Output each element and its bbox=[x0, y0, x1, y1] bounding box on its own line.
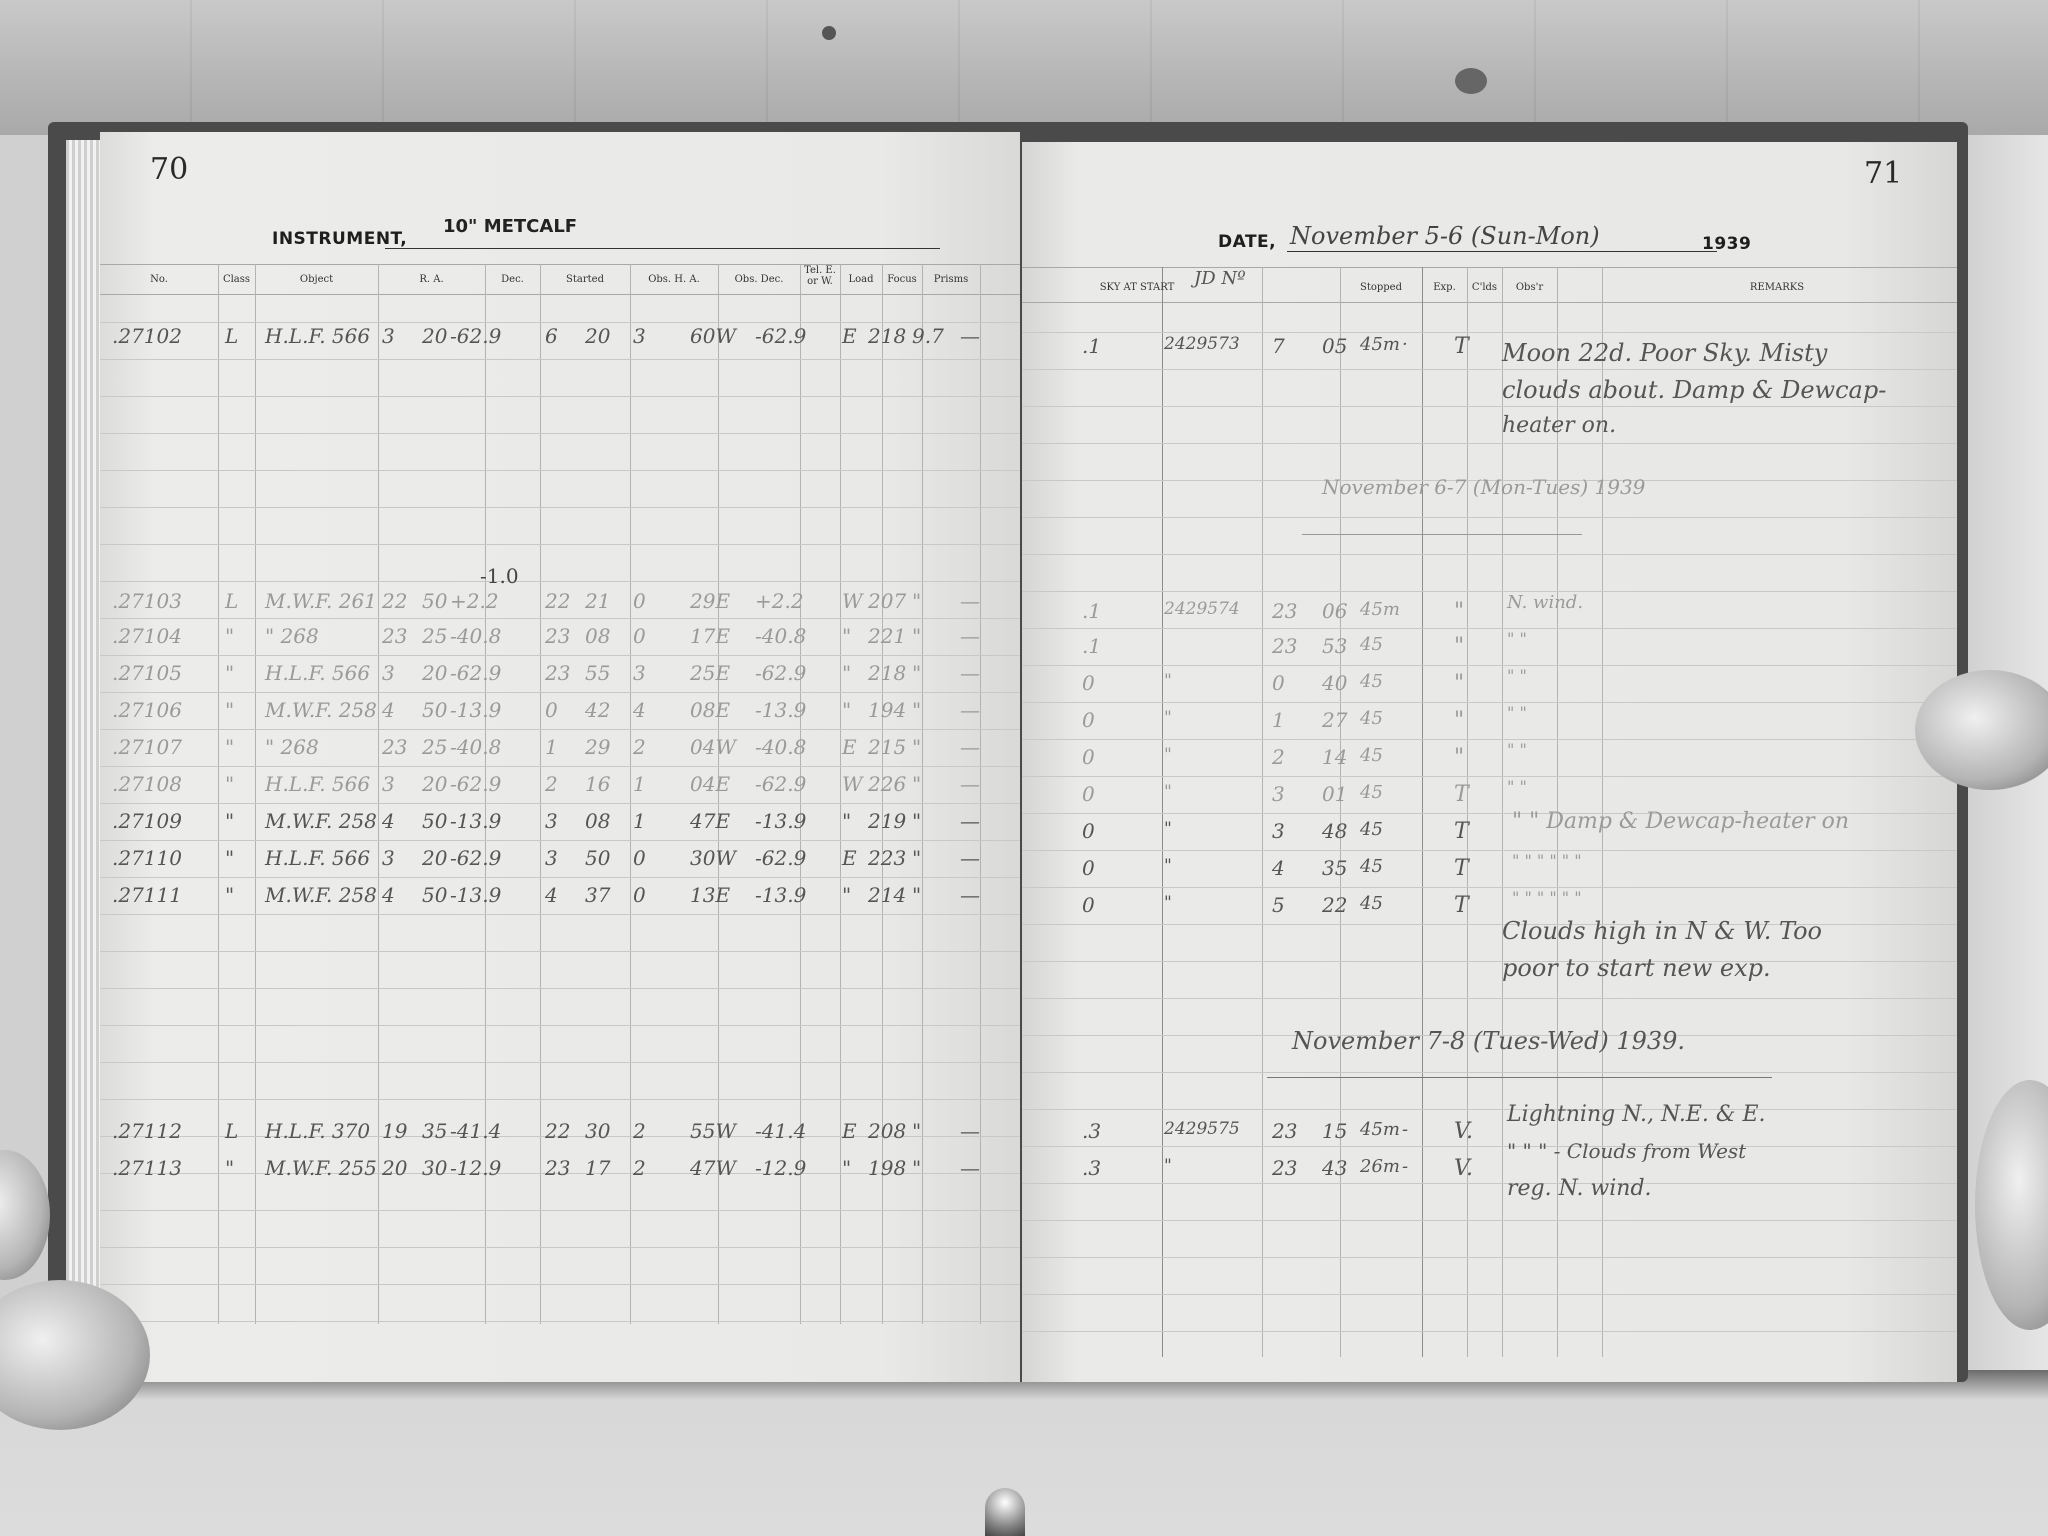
cell-stop-m: 22 bbox=[1322, 893, 1347, 917]
cell-obsr: T bbox=[1454, 819, 1469, 844]
cell-stop-h: 7 bbox=[1272, 334, 1285, 358]
cell-class: " bbox=[225, 661, 234, 685]
cell-obs-dec: -13.9 bbox=[755, 809, 806, 833]
cell-start-h: 0 bbox=[545, 698, 558, 722]
cell-load: 198 bbox=[868, 1156, 906, 1180]
cell-sky: .1 bbox=[1082, 599, 1101, 623]
table-row: .27102LH.L.F. 566320-62.9620360W-62.9E21… bbox=[100, 324, 1020, 358]
table-row: .27110"H.L.F. 566320-62.9350030W-62.9E22… bbox=[100, 846, 1020, 880]
remark-r7: " " bbox=[1507, 777, 1527, 796]
cell-prisms: — bbox=[960, 735, 980, 759]
cell-obsr: T bbox=[1454, 856, 1469, 881]
cell-clds: - bbox=[1402, 1119, 1408, 1140]
cell-exp: 45m bbox=[1360, 599, 1400, 620]
remark-r1-line2: clouds about. Damp & Dewcap- bbox=[1502, 376, 1886, 404]
cell-class: " bbox=[225, 883, 234, 907]
cell-stop-h: 3 bbox=[1272, 782, 1285, 806]
cell-start-m: 20 bbox=[585, 324, 610, 348]
cell-stop-h: 23 bbox=[1272, 1156, 1297, 1180]
cell-tel: W bbox=[842, 772, 863, 796]
cell-exp: 45 bbox=[1360, 856, 1383, 877]
cell-load: 221 bbox=[868, 624, 906, 648]
cell-ra-m: 50 bbox=[422, 698, 447, 722]
cell-prisms: — bbox=[960, 772, 980, 796]
ruled-line bbox=[100, 1321, 1020, 1322]
ruled-line bbox=[1022, 369, 1957, 370]
cell-obsr: T bbox=[1454, 782, 1469, 807]
table-row: .27103LM.W.F. 2612250+2.22221029E+2.2W20… bbox=[100, 589, 1020, 623]
cell-prisms: — bbox=[960, 324, 980, 348]
cell-exp: 45 bbox=[1360, 634, 1383, 655]
cell-obsr: " bbox=[1454, 708, 1464, 733]
cell-exp: 45 bbox=[1360, 671, 1383, 692]
cell-tel: " bbox=[842, 698, 851, 722]
cell-ra-m: 35 bbox=[422, 1119, 447, 1143]
column-header: Tel. E. or W. bbox=[800, 265, 840, 287]
cell-stop-h: 4 bbox=[1272, 856, 1285, 880]
cell-tel: E bbox=[842, 846, 857, 870]
instrument-value: 10" METCALF bbox=[443, 216, 577, 237]
cell-start-m: 37 bbox=[585, 883, 610, 907]
cell-stop-m: 35 bbox=[1322, 856, 1347, 880]
cell-exp: 45 bbox=[1360, 782, 1383, 803]
cell-sky: .1 bbox=[1082, 334, 1101, 358]
cell-no: .27110 bbox=[112, 846, 182, 870]
cell-sky: 0 bbox=[1082, 856, 1095, 880]
cell-start-h: 4 bbox=[545, 883, 558, 907]
ruled-line bbox=[100, 1284, 1020, 1285]
cell-stop-h: 5 bbox=[1272, 893, 1285, 917]
cell-ha-m: 47W bbox=[690, 1156, 736, 1180]
cell-class: " bbox=[225, 698, 234, 722]
cell-dec: -40.8 bbox=[450, 624, 501, 648]
cell-obs-dec: -40.8 bbox=[755, 624, 806, 648]
cell-ha-h: 0 bbox=[633, 883, 646, 907]
cell-class: L bbox=[225, 1119, 238, 1143]
cell-object: M.W.F. 255 bbox=[265, 1156, 377, 1180]
cell-ra-h: 3 bbox=[382, 324, 395, 348]
cell-start-h: 3 bbox=[545, 846, 558, 870]
cell-no: .27102 bbox=[112, 324, 182, 348]
cell-tel: E bbox=[842, 735, 857, 759]
cell-stop-m: 05 bbox=[1322, 334, 1347, 358]
cell-dec: -41.4 bbox=[450, 1119, 501, 1143]
cell-no: .27112 bbox=[112, 1119, 182, 1143]
cell-ha-h: 0 bbox=[633, 846, 646, 870]
cell-ra-h: 4 bbox=[382, 883, 395, 907]
cell-prisms: — bbox=[960, 1119, 980, 1143]
instrument-label: INSTRUMENT, bbox=[272, 229, 407, 249]
cell-jd: " bbox=[1164, 856, 1172, 876]
cell-ra-m: 25 bbox=[422, 624, 447, 648]
dec-correction: -1.0 bbox=[480, 564, 519, 588]
cell-jd: 2429573 bbox=[1164, 334, 1240, 354]
cell-dec: -62.9 bbox=[450, 846, 501, 870]
cell-ha-m: 55W bbox=[690, 1119, 736, 1143]
column-header: Exp. bbox=[1422, 282, 1467, 293]
cell-ha-m: 60W bbox=[690, 324, 736, 348]
cell-ha-m: 04E bbox=[690, 772, 730, 796]
column-header: SKY AT START bbox=[1082, 282, 1192, 293]
cell-obs-dec: -12.9 bbox=[755, 1156, 806, 1180]
cell-start-m: 21 bbox=[585, 589, 610, 613]
cell-ha-h: 2 bbox=[633, 735, 646, 759]
cell-stop-m: 48 bbox=[1322, 819, 1347, 843]
wooden-shelf bbox=[0, 0, 2048, 135]
cell-focus: " bbox=[912, 809, 921, 833]
column-header: Obs. H. A. bbox=[630, 274, 718, 285]
wood-knot bbox=[1455, 68, 1487, 94]
cell-start-h: 23 bbox=[545, 661, 570, 685]
cell-no: .27111 bbox=[112, 883, 182, 907]
cell-obs-dec: -62.9 bbox=[755, 661, 806, 685]
cell-ha-h: 4 bbox=[633, 698, 646, 722]
date-label: DATE, bbox=[1218, 232, 1276, 252]
cell-object: M.W.F. 258 bbox=[265, 809, 377, 833]
table-row: .27105"H.L.F. 566320-62.92355325E-62.9"2… bbox=[100, 661, 1020, 695]
cell-tel: " bbox=[842, 661, 851, 685]
cell-obsr: " bbox=[1454, 599, 1464, 624]
remark-r3: " " bbox=[1507, 629, 1527, 648]
cell-no: .27105 bbox=[112, 661, 182, 685]
cell-stop-h: 3 bbox=[1272, 819, 1285, 843]
cell-ha-h: 3 bbox=[633, 324, 646, 348]
column-header: Stopped bbox=[1340, 282, 1422, 293]
ruled-line bbox=[1022, 961, 1957, 962]
cell-stop-m: 15 bbox=[1322, 1119, 1347, 1143]
cell-focus: " bbox=[912, 624, 921, 648]
column-header: Obs. Dec. bbox=[718, 274, 800, 285]
cell-exp: 45m bbox=[1360, 1119, 1400, 1140]
ruled-line bbox=[100, 322, 1020, 323]
cell-dec: -62.9 bbox=[450, 661, 501, 685]
cell-obs-dec: -62.9 bbox=[755, 772, 806, 796]
cell-ra-h: 19 bbox=[382, 1119, 407, 1143]
cell-sky: 0 bbox=[1082, 708, 1095, 732]
cell-jd: 2429575 bbox=[1164, 1119, 1240, 1139]
right-page: 71 DATE, November 5-6 (Sun-Mon) 1939 SKY… bbox=[1022, 142, 1957, 1382]
remark-section2-date: November 6-7 (Mon-Tues) 1939 bbox=[1322, 475, 1645, 499]
ruled-line bbox=[100, 581, 1020, 582]
cell-stop-m: 06 bbox=[1322, 599, 1347, 623]
cell-class: " bbox=[225, 809, 234, 833]
cell-jd: 2429574 bbox=[1164, 599, 1240, 619]
ruled-line bbox=[1022, 1072, 1957, 1073]
cell-start-m: 17 bbox=[585, 1156, 610, 1180]
table-row: .32429575231545m-V. bbox=[1022, 1119, 1957, 1153]
cell-focus: " bbox=[912, 1119, 921, 1143]
cell-stop-m: 27 bbox=[1322, 708, 1347, 732]
cell-tel: " bbox=[842, 1156, 851, 1180]
cell-prisms: — bbox=[960, 661, 980, 685]
table-row: .12429574230645m" bbox=[1022, 599, 1957, 633]
cell-stop-h: 23 bbox=[1272, 634, 1297, 658]
instrument-underline bbox=[385, 248, 940, 249]
cell-object: H.L.F. 370 bbox=[265, 1119, 370, 1143]
remark-section3-date: November 7-8 (Tues-Wed) 1939. bbox=[1292, 1027, 1685, 1055]
cell-no: .27109 bbox=[112, 809, 182, 833]
cell-tel: " bbox=[842, 624, 851, 648]
cell-start-h: 23 bbox=[545, 1156, 570, 1180]
remark-r12-line2: reg. N. wind. bbox=[1507, 1176, 1652, 1201]
knob bbox=[985, 1488, 1025, 1536]
cell-start-h: 23 bbox=[545, 624, 570, 648]
cell-start-h: 22 bbox=[545, 1119, 570, 1143]
cell-dec: -62.9 bbox=[450, 772, 501, 796]
table-row: 0"43545T bbox=[1022, 856, 1957, 890]
cell-no: .27113 bbox=[112, 1156, 182, 1180]
column-header: Class bbox=[218, 274, 255, 285]
remark-r12-line1: " " " - Clouds from West bbox=[1507, 1139, 1746, 1163]
cell-sky: 0 bbox=[1082, 819, 1095, 843]
cell-jd: " bbox=[1164, 782, 1172, 802]
cell-focus: " bbox=[912, 589, 921, 613]
cell-load: 219 bbox=[868, 809, 906, 833]
cell-start-h: 6 bbox=[545, 324, 558, 348]
cell-focus: " bbox=[912, 735, 921, 759]
cell-obsr: " bbox=[1454, 671, 1464, 696]
table-row: .27111"M.W.F. 258450-13.9437013E-13.9"21… bbox=[100, 883, 1020, 917]
column-header: Started bbox=[540, 274, 630, 285]
cell-stop-h: 0 bbox=[1272, 671, 1285, 695]
remark-r1-line3: heater on. bbox=[1502, 413, 1616, 438]
column-header: C'lds bbox=[1467, 282, 1502, 293]
cell-ra-m: 20 bbox=[422, 661, 447, 685]
cell-prisms: — bbox=[960, 589, 980, 613]
ruled-line bbox=[100, 1062, 1020, 1063]
cell-start-m: 29 bbox=[585, 735, 610, 759]
cell-obs-dec: -41.4 bbox=[755, 1119, 806, 1143]
cell-clds: - bbox=[1402, 1156, 1408, 1177]
ruled-line bbox=[1022, 332, 1957, 333]
cell-ha-m: 13E bbox=[690, 883, 730, 907]
cell-start-m: 08 bbox=[585, 624, 610, 648]
remark-r6: " " bbox=[1507, 740, 1527, 759]
ruled-line bbox=[100, 1247, 1020, 1248]
remark-note-line2: poor to start new exp. bbox=[1502, 954, 1771, 982]
remark-note-line1: Clouds high in N & W. Too bbox=[1502, 917, 1822, 945]
cell-ha-m: 08E bbox=[690, 698, 730, 722]
section-underline bbox=[1267, 1077, 1772, 1078]
cell-exp: 45 bbox=[1360, 708, 1383, 729]
cell-ra-h: 3 bbox=[382, 661, 395, 685]
remark-r1-line1: Moon 22d. Poor Sky. Misty bbox=[1502, 339, 1827, 367]
column-header: Load bbox=[840, 274, 882, 285]
cell-obs-dec: -13.9 bbox=[755, 698, 806, 722]
cell-ra-h: 4 bbox=[382, 698, 395, 722]
cell-tel: E bbox=[842, 1119, 857, 1143]
cell-no: .27108 bbox=[112, 772, 182, 796]
cell-start-h: 3 bbox=[545, 809, 558, 833]
cell-ha-h: 1 bbox=[633, 772, 646, 796]
cell-class: " bbox=[225, 772, 234, 796]
cell-start-m: 08 bbox=[585, 809, 610, 833]
cell-sky: .3 bbox=[1082, 1119, 1101, 1143]
cell-sky: 0 bbox=[1082, 782, 1095, 806]
cell-ha-m: 30W bbox=[690, 846, 736, 870]
ruled-line bbox=[1022, 554, 1957, 555]
cell-start-h: 2 bbox=[545, 772, 558, 796]
cell-prisms: — bbox=[960, 698, 980, 722]
ruled-line bbox=[100, 433, 1020, 434]
cell-start-h: 22 bbox=[545, 589, 570, 613]
cell-ra-h: 22 bbox=[382, 589, 407, 613]
cell-class: " bbox=[225, 735, 234, 759]
ruled-line bbox=[100, 396, 1020, 397]
cell-obs-dec: -40.8 bbox=[755, 735, 806, 759]
cell-exp: 26m bbox=[1360, 1156, 1400, 1177]
cell-start-m: 16 bbox=[585, 772, 610, 796]
ruled-line bbox=[100, 988, 1020, 989]
cell-obsr: " bbox=[1454, 745, 1464, 770]
cell-ra-m: 20 bbox=[422, 324, 447, 348]
cell-exp: 45 bbox=[1360, 819, 1383, 840]
table-row: .27104"" 2682325-40.82308017E-40.8"221"— bbox=[100, 624, 1020, 658]
cell-ha-h: 0 bbox=[633, 624, 646, 648]
cell-load: 194 bbox=[868, 698, 906, 722]
remark-r5: " " bbox=[1507, 703, 1527, 722]
cell-ha-m: 47E bbox=[690, 809, 730, 833]
cell-object: M.W.F. 258 bbox=[265, 883, 377, 907]
cell-load: 215 bbox=[868, 735, 906, 759]
cell-obsr: " bbox=[1454, 634, 1464, 659]
cell-jd: " bbox=[1164, 893, 1172, 913]
cell-no: .27103 bbox=[112, 589, 182, 613]
cell-ha-h: 3 bbox=[633, 661, 646, 685]
cell-jd: " bbox=[1164, 671, 1172, 691]
ruled-line bbox=[1022, 1109, 1957, 1110]
cell-ra-m: 50 bbox=[422, 883, 447, 907]
table-row: .27107"" 2682325-40.8129204W-40.8E215"— bbox=[100, 735, 1020, 769]
cell-start-m: 55 bbox=[585, 661, 610, 685]
table-row: .27112LH.L.F. 3701935-41.42230255W-41.4E… bbox=[100, 1119, 1020, 1153]
cell-dec: -62.9 bbox=[450, 324, 501, 348]
cell-start-m: 50 bbox=[585, 846, 610, 870]
remark-r8: " " Damp & Dewcap-heater on bbox=[1512, 809, 1849, 834]
cell-ra-m: 25 bbox=[422, 735, 447, 759]
column-header: Obs'r bbox=[1502, 282, 1557, 293]
cell-object: H.L.F. 566 bbox=[265, 772, 370, 796]
ruled-line bbox=[1022, 1294, 1957, 1295]
ruled-line bbox=[100, 359, 1020, 360]
cell-prisms: — bbox=[960, 809, 980, 833]
column-header: No. bbox=[100, 274, 218, 285]
ruled-line bbox=[100, 470, 1020, 471]
cell-focus: " bbox=[912, 846, 921, 870]
cell-start-h: 1 bbox=[545, 735, 558, 759]
cell-dec: -13.9 bbox=[450, 698, 501, 722]
cell-obsr: V. bbox=[1454, 1156, 1473, 1181]
ruled-line bbox=[100, 951, 1020, 952]
cell-load: 223 bbox=[868, 846, 906, 870]
ruled-line bbox=[100, 507, 1020, 508]
cell-stop-m: 40 bbox=[1322, 671, 1347, 695]
cell-ra-m: 50 bbox=[422, 809, 447, 833]
ruled-line bbox=[1022, 1331, 1957, 1332]
ruled-line bbox=[1022, 998, 1957, 999]
cell-class: " bbox=[225, 1156, 234, 1180]
cell-focus: " bbox=[912, 883, 921, 907]
remark-r2: N. wind. bbox=[1507, 592, 1583, 613]
table-row: .27108"H.L.F. 566320-62.9216104E-62.9W22… bbox=[100, 772, 1020, 806]
cell-load: 208 bbox=[868, 1119, 906, 1143]
remark-r11: Lightning N., N.E. & E. bbox=[1507, 1102, 1766, 1127]
cell-sky: 0 bbox=[1082, 745, 1095, 769]
table-row: .3"234326m-V. bbox=[1022, 1156, 1957, 1190]
cell-object: H.L.F. 566 bbox=[265, 661, 370, 685]
section-underline bbox=[1302, 534, 1582, 535]
cell-stop-m: 43 bbox=[1322, 1156, 1347, 1180]
cell-ha-m: 25E bbox=[690, 661, 730, 685]
cell-class: L bbox=[225, 589, 238, 613]
column-header: REMARKS bbox=[1602, 282, 1952, 293]
cell-ra-h: 23 bbox=[382, 735, 407, 759]
cell-ra-h: 20 bbox=[382, 1156, 407, 1180]
cell-obs-dec: -62.9 bbox=[755, 846, 806, 870]
cell-prisms: — bbox=[960, 624, 980, 648]
cell-ra-h: 4 bbox=[382, 809, 395, 833]
cell-ra-h: 3 bbox=[382, 772, 395, 796]
column-header: Prisms bbox=[922, 274, 980, 285]
cell-dec: -40.8 bbox=[450, 735, 501, 759]
cell-exp: 45 bbox=[1360, 745, 1383, 766]
column-header: Object bbox=[255, 274, 378, 285]
cell-dec: -13.9 bbox=[450, 883, 501, 907]
cell-stop-h: 23 bbox=[1272, 599, 1297, 623]
remark-r9: " " " " " " bbox=[1512, 851, 1582, 870]
cell-stop-m: 01 bbox=[1322, 782, 1347, 806]
cell-ra-m: 50 bbox=[422, 589, 447, 613]
cell-obs-dec: -62.9 bbox=[755, 324, 806, 348]
cell-class: L bbox=[225, 324, 238, 348]
cell-ha-h: 2 bbox=[633, 1119, 646, 1143]
cell-load: 218 bbox=[868, 324, 906, 348]
cell-load: 226 bbox=[868, 772, 906, 796]
cell-jd: " bbox=[1164, 819, 1172, 839]
cell-sky: .3 bbox=[1082, 1156, 1101, 1180]
cell-prisms: — bbox=[960, 1156, 980, 1180]
cell-class: " bbox=[225, 624, 234, 648]
date-underline bbox=[1287, 251, 1717, 252]
page-edges bbox=[66, 140, 102, 1290]
table-row: 0"21445" bbox=[1022, 745, 1957, 779]
page-number: 71 bbox=[1864, 156, 1902, 191]
ruled-line bbox=[1022, 443, 1957, 444]
cell-stop-m: 53 bbox=[1322, 634, 1347, 658]
cell-jd: " bbox=[1164, 745, 1172, 765]
cell-object: " 268 bbox=[265, 735, 319, 759]
cell-prisms: — bbox=[960, 883, 980, 907]
cell-no: .27107 bbox=[112, 735, 182, 759]
cell-stop-h: 2 bbox=[1272, 745, 1285, 769]
cell-ra-m: 20 bbox=[422, 772, 447, 796]
page-number: 70 bbox=[150, 152, 188, 187]
cell-object: " 268 bbox=[265, 624, 319, 648]
cell-object: H.L.F. 566 bbox=[265, 846, 370, 870]
ruled-line bbox=[100, 1025, 1020, 1026]
cell-sky: 0 bbox=[1082, 671, 1095, 695]
cell-class: " bbox=[225, 846, 234, 870]
cell-dec: -12.9 bbox=[450, 1156, 501, 1180]
cell-obsr: T bbox=[1454, 893, 1469, 918]
cell-load: 214 bbox=[868, 883, 906, 907]
ruled-line bbox=[1022, 1220, 1957, 1221]
cell-tel: E bbox=[842, 324, 857, 348]
column-header: R. A. bbox=[378, 274, 485, 285]
date-value: November 5-6 (Sun-Mon) bbox=[1290, 222, 1600, 250]
ruled-line bbox=[100, 544, 1020, 545]
cell-jd: " bbox=[1164, 708, 1172, 728]
